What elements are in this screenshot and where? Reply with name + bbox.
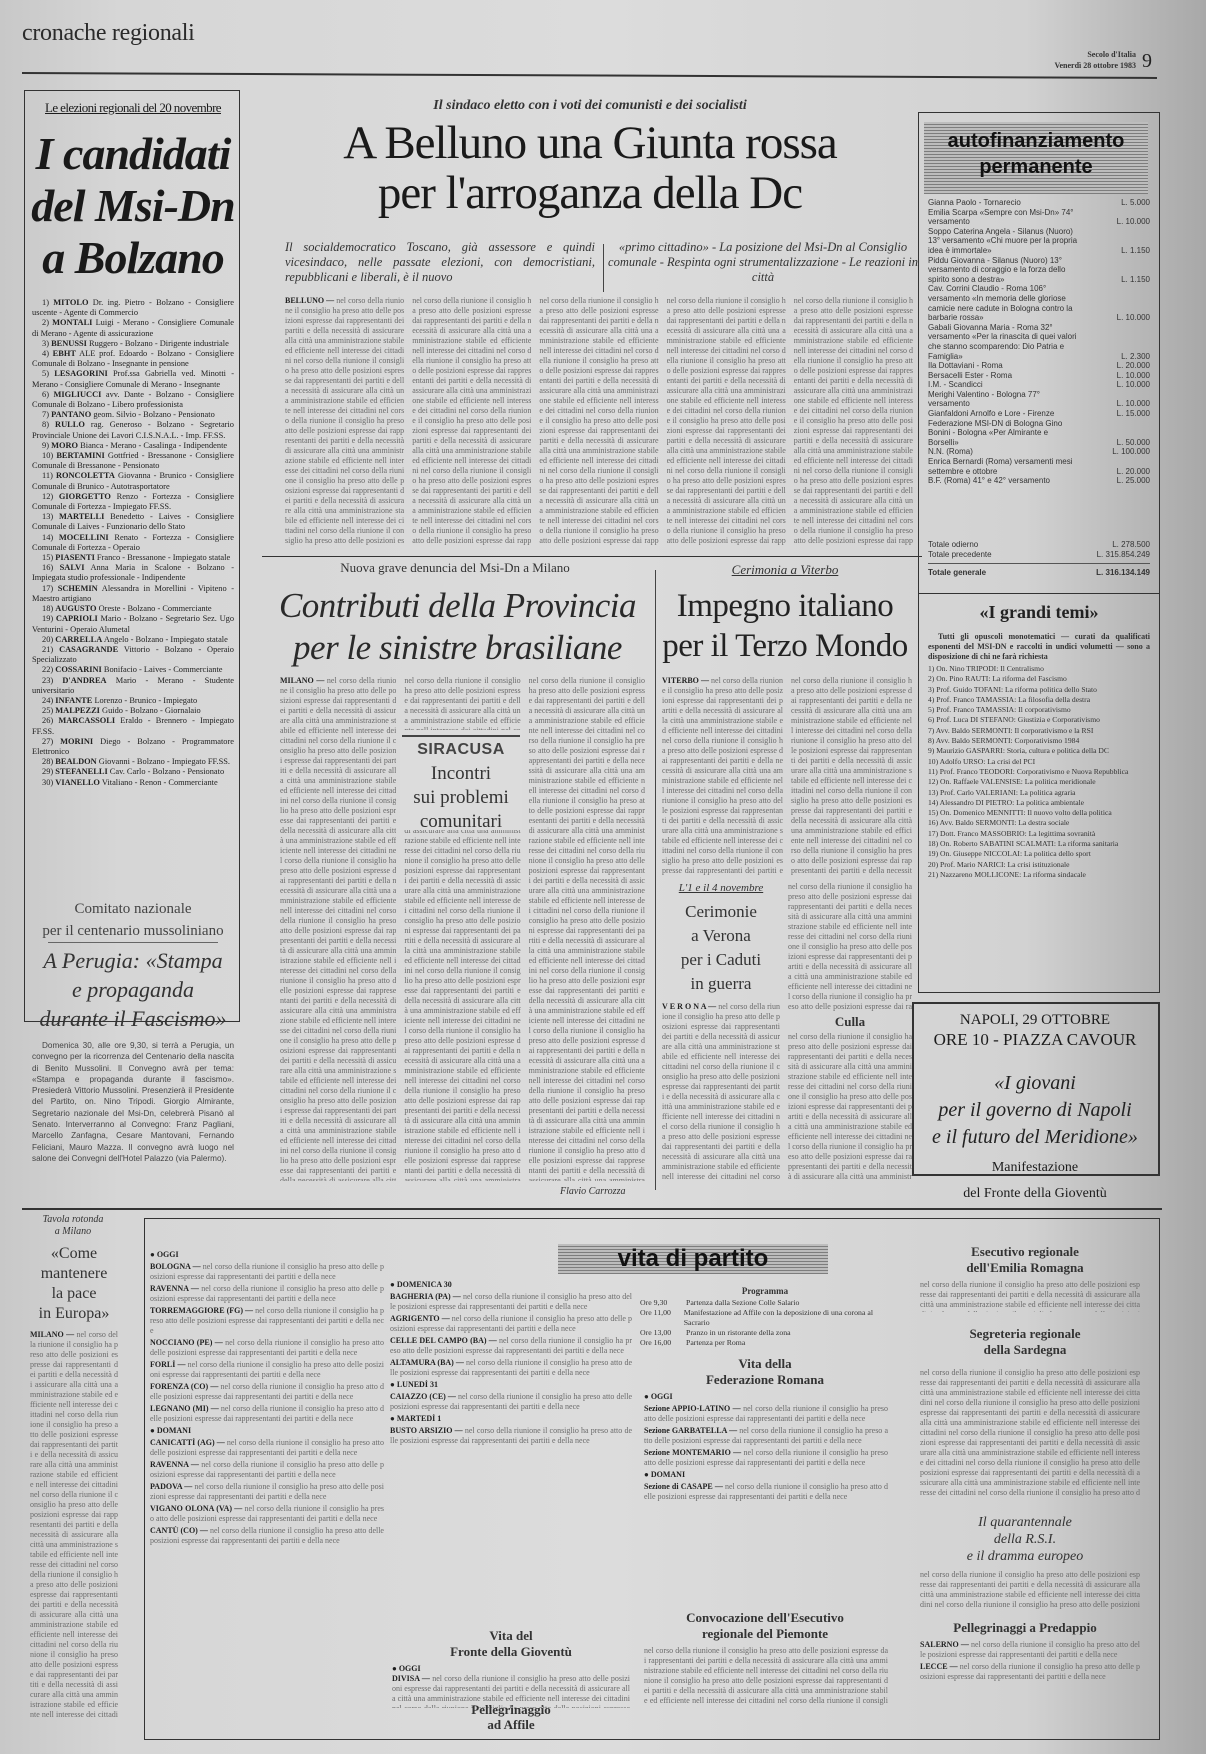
dateline: V E R O N A — xyxy=(662,1002,716,1011)
fronte-title-line: Fronte della Gioventù xyxy=(390,1644,632,1660)
culla-body: nel corso della riunione il consiglio ha… xyxy=(788,1032,912,1182)
fund-entry: Piddu Giovanna - Silanus (Nuoro) 13° ver… xyxy=(928,256,1150,285)
notice-head: VIGANO OLONA (VA) — xyxy=(150,1504,242,1513)
candidate-surname: MORINI xyxy=(60,737,93,746)
viterbo-headline: Impegno italiano per il Terzo Mondo xyxy=(660,586,910,666)
programma-row: Ore 11,00Manifestazione ad Affile con la… xyxy=(640,1308,890,1328)
vita-column-1: ● OGGIBOLOGNA — nel corso della riunione… xyxy=(150,1250,384,1720)
brasile-kicker: Nuova grave denuncia del Msi-Dn a Milano xyxy=(270,560,640,576)
verona-headline-line: a Verona xyxy=(662,924,780,948)
notice-item: ● OGGI xyxy=(150,1250,384,1260)
fronte-title-line: Vita del xyxy=(390,1628,632,1644)
fund-entry-name: Gianna Paolo - Tornarecio xyxy=(928,198,1078,208)
candidate-surname: EBHT xyxy=(53,349,76,358)
notice-item: ● LUNEDÌ 31 xyxy=(390,1380,632,1390)
candidate-item: 8) RULLO rag. Generoso - Bolzano - Segre… xyxy=(32,420,234,440)
verona-headline: Cerimonie a Verona per i Caduti in guerr… xyxy=(662,900,780,996)
text-column: nel corso della riunione il consiglio ha… xyxy=(788,882,912,1012)
fund-entry-name: Cav. Corrini Claudio - Roma 106° versame… xyxy=(928,284,1078,322)
candidate-surname: RULLO xyxy=(55,420,85,429)
napoli-subtitle: Manifestazione xyxy=(914,1160,1156,1176)
candidate-item: 16) SALVI Anna Maria in Scalone - Bolzan… xyxy=(32,563,234,583)
piemonte-title-line: regionale del Piemonte xyxy=(640,1626,890,1642)
notice-item: LEGNANO (MI) — nel corso della riunione … xyxy=(150,1404,384,1424)
candidate-surname: MARTELLI xyxy=(59,512,104,521)
candidate-item: 21) CASAGRANDE Vittorio - Bolzano - Oper… xyxy=(32,645,234,665)
napoli-headline-line: «I giovani xyxy=(914,1070,1156,1097)
candidate-item: 12) GIORGETTO Renzo - Fortezza - Consigl… xyxy=(32,492,234,512)
candidate-surname: LESAGORINI xyxy=(54,369,108,378)
notice-item: SALERNO — nel corso della riunione il co… xyxy=(920,1640,1140,1660)
notice-item: BUSTO ARSIZIO — nel corso della riunione… xyxy=(390,1426,632,1446)
fund-entry: Ila Dottaviani - RomaL. 20.000 xyxy=(928,361,1150,371)
napoli-date: NAPOLI, 29 OTTOBRE xyxy=(914,1012,1156,1029)
candidate-surname: PIASENTI xyxy=(55,553,95,562)
perugia-body: Domenica 30, alle ore 9,30, si terrà a P… xyxy=(32,1040,234,1164)
candidate-item: 14) MOCELLINI Renato - Fortezza - Consig… xyxy=(32,533,234,553)
notice-head: CAIAZZO (CE) — xyxy=(390,1392,456,1401)
programma-time: Ore 9,30 xyxy=(640,1298,686,1308)
temi-item: 15) On. Domenico MENNITTI: Il nuovo volt… xyxy=(928,808,1150,818)
programma-time: Ore 13,00 xyxy=(640,1328,686,1338)
fund-entry-amount: L. 2.300 xyxy=(1080,352,1150,362)
fund-banner-line: permanente xyxy=(924,154,1148,180)
fund-entry-amount: L. 50.000 xyxy=(1080,438,1150,448)
notice-head: PADOVA — xyxy=(150,1482,192,1491)
fund-entry-name: I.M. - Scandicci xyxy=(928,380,1078,390)
text-column: nel corso della riunione il consiglio ha… xyxy=(539,296,658,546)
viterbo-kicker: Cerimonia a Viterbo xyxy=(660,562,910,578)
napoli-organizer: del Fronte della Gioventù xyxy=(914,1186,1156,1202)
verona-headline-line: in guerra xyxy=(662,972,780,996)
fund-entry-name: N.N. (Roma) xyxy=(928,447,1078,457)
fund-entry: Soppo Caterina Angela - Silanus (Nuoro) … xyxy=(928,227,1150,256)
candidate-item: 5) LESAGORINI Prof.ssa Gabriella ved. Mi… xyxy=(32,369,234,389)
emilia-title: Esecutivo regionale dell'Emilia Romagna xyxy=(900,1244,1150,1276)
candidate-item: 29) STEFANELLI Cav. Carlo - Bolzano - Pe… xyxy=(32,767,234,777)
candidate-item: 1) MITOLO Dr. ing. Pietro - Bolzano - Co… xyxy=(32,298,234,318)
notice-item: PADOVA — nel corso della riunione il con… xyxy=(150,1482,384,1502)
fund-entry: Gabali Giovanna Maria - Roma 32° versame… xyxy=(928,323,1150,361)
candidate-item: 28) BEALDON Giovanni - Bolzano - Impiega… xyxy=(32,757,234,767)
fund-entry-name: Bersacelli Ester - Roma xyxy=(928,371,1078,381)
candidate-item: 3) BENUSSI Ruggero - Bolzano - Dirigente… xyxy=(32,339,234,349)
fund-total-general: Totale generaleL. 316.134.149 xyxy=(928,568,1150,578)
candidate-item: 27) MORINI Diego - Bolzano - Programmato… xyxy=(32,737,234,757)
temi-item: 2) On. Pino RAUTI: La riforma del Fascis… xyxy=(928,674,1150,684)
notice-item: ● MARTEDÌ 1 xyxy=(390,1414,632,1424)
notice-item: BAGHERIA (PA) — nel corso della riunione… xyxy=(390,1292,632,1312)
candidate-item: 19) CAPRIOLI Mario - Bolzano - Segretari… xyxy=(32,614,234,634)
notice-head: AGRIGENTO — xyxy=(390,1314,450,1323)
candidate-surname: BEALDON xyxy=(55,757,96,766)
programma-text: Pranzo in un ristorante della zona xyxy=(686,1328,791,1338)
notice-item: ALTAMURA (BA) — nel corso della riunione… xyxy=(390,1358,632,1378)
verona-headline-line: per i Caduti xyxy=(662,948,780,972)
fund-entry-amount: L. 10.000 xyxy=(1080,217,1150,227)
temi-item: 12) On. Raffaele VALENSISE: La politica … xyxy=(928,777,1150,787)
notice-head: NOCCIANO (PE) — xyxy=(150,1338,223,1347)
fund-total-previous: Totale precedenteL. 315.854.249 xyxy=(928,550,1150,560)
notice-item: Sezione di CASAPE — nel corso della riun… xyxy=(644,1482,888,1502)
tavola-headline-line: in Europa» xyxy=(26,1304,122,1324)
tavola-headline: «Come mantenere la pace in Europa» xyxy=(26,1244,122,1324)
candidate-surname: D'ANDREA xyxy=(62,676,106,685)
notice-head: ● OGGI xyxy=(150,1250,179,1259)
temi-intro: Tutti gli opuscoli monotematici — curati… xyxy=(928,632,1150,662)
sardegna-title-line: della Sardegna xyxy=(900,1342,1150,1358)
bolzano-headline: I candidati del Msi-Dn a Bolzano xyxy=(28,128,238,284)
tavola-headline-line: la pace xyxy=(26,1284,122,1304)
candidate-surname: VIANELLO xyxy=(55,778,100,787)
fronte-title: Vita del Fronte della Gioventù xyxy=(390,1628,632,1660)
belluno-headline-line: per l'arroganza della Dc xyxy=(260,168,920,218)
candidate-item: 25) MALPEZZI Guido - Bolzano - Giornalai… xyxy=(32,706,234,716)
predappio-title: Pellegrinaggi a Predappio xyxy=(900,1620,1150,1636)
belluno-bottom-rule xyxy=(262,556,922,557)
comitato-divider xyxy=(48,942,218,943)
text-column: nel corso della riunione il consiglio ha… xyxy=(920,1570,1140,1610)
notice-head: Sezione di CASAPE — xyxy=(644,1482,723,1491)
notice-head: FORENZA (CO) — xyxy=(150,1382,218,1391)
brasile-headline: Contributi della Provincia per le sinist… xyxy=(265,585,650,669)
vita-banner: vita di partito xyxy=(558,1244,828,1274)
candidate-surname: CASAGRANDE xyxy=(59,645,118,654)
notice-item: Sezione APPIO-LATINO — nel corso della r… xyxy=(644,1404,888,1424)
piemonte-title: Convocazione dell'Esecutivo regionale de… xyxy=(640,1610,890,1642)
fund-entry: B.F. (Roma) 41° e 42° versamentoL. 25.00… xyxy=(928,476,1150,486)
temi-item: 20) Prof. Mario NARICI: La crisi istituz… xyxy=(928,860,1150,870)
siracusa-headline: Incontri sui problemi comunitari xyxy=(402,762,520,834)
temi-item: 19) On. Giuseppe NICCOLAI: La politica d… xyxy=(928,849,1150,859)
candidate-surname: BERTAMINI xyxy=(56,451,104,460)
notice-item: RAVENNA — nel corso della riunione il co… xyxy=(150,1460,384,1480)
notice-head: TORREMAGGIORE (FG) — xyxy=(150,1306,253,1315)
notice-head: ● DOMENICA 30 xyxy=(390,1280,452,1289)
candidate-item: 20) CARRELLA Angelo - Bolzano - Impiegat… xyxy=(32,635,234,645)
notice-item: BOLOGNA — nel corso della riunione il co… xyxy=(150,1262,384,1282)
notice-head: Sezione MONTEMARIO — xyxy=(644,1448,741,1457)
notice-item: ● OGGI xyxy=(644,1392,888,1402)
fund-entry-name: Gabali Giovanna Maria - Roma 32° versame… xyxy=(928,323,1078,361)
fund-entry-name: Soppo Caterina Angela - Silanus (Nuoro) … xyxy=(928,227,1078,256)
programma-time: Ore 11,00 xyxy=(640,1308,684,1328)
belluno-deck-right: «primo cittadino» - La posizione del Msi… xyxy=(608,240,918,285)
candidate-item: 7) PANTANO geom. Silvio - Bolzano - Pens… xyxy=(32,410,234,420)
belluno-headline-line: A Belluno una Giunta rossa xyxy=(260,118,920,168)
fund-entries: Gianna Paolo - TornarecioL. 5.000Emilia … xyxy=(928,198,1150,486)
napoli-headline: «I giovani per il governo di Napoli e il… xyxy=(914,1070,1156,1151)
fund-entry-name: Ila Dottaviani - Roma xyxy=(928,361,1078,371)
tavola-headline-line: mantenere xyxy=(26,1264,122,1284)
deck-divider xyxy=(603,244,604,292)
candidate-surname: AUGUSTO xyxy=(55,604,96,613)
notice-head: BAGHERIA (PA) — xyxy=(390,1292,461,1301)
sardegna-title-line: Segreteria regionale xyxy=(900,1326,1150,1342)
text-column: nel corso della riunione il consiglio ha… xyxy=(412,296,531,546)
notice-text: nel corso della riunione il consiglio ha… xyxy=(150,1360,384,1379)
tavola-headline-line: «Come xyxy=(26,1244,122,1264)
rsi-title: Il quarantennale della R.S.I. e il dramm… xyxy=(900,1514,1150,1565)
affile-title: Pellegrinaggio ad Affile xyxy=(390,1702,632,1732)
fund-total-today-label: Totale odierno xyxy=(928,540,1078,550)
bolzano-headline-line: del Msi-Dn xyxy=(28,180,238,232)
temi-item: 21) Nazzareno MOLLICONE: La riforma sind… xyxy=(928,870,1150,880)
temi-item: 3) Prof. Guido TOFANI: La riforma politi… xyxy=(928,685,1150,695)
fund-total-today: Totale odiernoL. 278.500 xyxy=(928,540,1150,550)
candidate-item: 18) AUGUSTO Oreste - Bolzano - Commercia… xyxy=(32,604,234,614)
notice-head: ● MARTEDÌ 1 xyxy=(390,1414,441,1423)
verona-kicker: L'1 e il 4 novembre xyxy=(662,882,780,894)
notice-head: CELLE DEL CAMPO (BA) — xyxy=(390,1336,497,1345)
temi-item: 9) Maurizio GASPARRI: Storia, cultura e … xyxy=(928,746,1150,756)
temi-item: 1) On. Nino TRIPODI: Il Centralismo xyxy=(928,664,1150,674)
fund-entry: I.M. - ScandicciL. 10.000 xyxy=(928,380,1150,390)
emilia-title-line: Esecutivo regionale xyxy=(900,1244,1150,1260)
notice-head: RAVENNA — xyxy=(150,1284,199,1293)
notice-head: ● OGGI xyxy=(644,1392,673,1401)
belluno-article-body: BELLUNO — nel corso della riunione il co… xyxy=(285,296,913,546)
tavola-kicker-line: Tavola rotonda xyxy=(28,1214,118,1226)
candidate-item: 23) D'ANDREA Mario - Merano - Studente u… xyxy=(32,676,234,696)
notice-item: AGRIGENTO — nel corso della riunione il … xyxy=(390,1314,632,1334)
fund-banner-line: autofinanziamento xyxy=(924,128,1148,154)
fund-entry-amount: L. 15.000 xyxy=(1080,409,1150,419)
fund-entry: Gianna Paolo - TornarecioL. 5.000 xyxy=(928,198,1150,208)
candidate-item: 2) MONTALI Luigi - Merano - Consigliere … xyxy=(32,318,234,338)
notice-head: CANTÙ (CO) — xyxy=(150,1526,208,1535)
candidate-surname: MORO xyxy=(51,441,78,450)
fund-total-general-value: L. 316.134.149 xyxy=(1080,568,1150,578)
text-column: VITERBO — nel corso della riunione il co… xyxy=(662,676,783,876)
tavola-kicker: Tavola rotonda a Milano xyxy=(28,1214,118,1238)
header-rule xyxy=(22,72,1157,78)
text-column: nel corso della riunione il consiglio ha… xyxy=(644,1646,888,1706)
temi-item: 11) Prof. Franco TEODORI: Corporativismo… xyxy=(928,767,1150,777)
fund-entry: Emilia Scarpa «Sempre con Msi-Dn» 74° ve… xyxy=(928,208,1150,227)
notice-head: LEGNANO (MI) — xyxy=(150,1404,219,1413)
candidate-surname: COSSARINI xyxy=(55,665,102,674)
candidate-surname: CAPRIOLI xyxy=(56,614,98,623)
fund-entry-name: Piddu Giovanna - Silanus (Nuoro) 13° ver… xyxy=(928,256,1078,285)
fund-total-divider xyxy=(928,563,1150,564)
roma-body: ● OGGISezione APPIO-LATINO — nel corso d… xyxy=(644,1392,888,1588)
candidate-item: 9) MORO Bianca - Merano - Casalinga - In… xyxy=(32,441,234,451)
notice-head: ● DOMANI xyxy=(150,1426,191,1435)
notice-head: LECCE — xyxy=(920,1662,958,1671)
temi-item: 17) Dott. Franco MASSOBRIO: La legittima… xyxy=(928,829,1150,839)
programma-row: Ore 13,00Pranzo in un ristorante della z… xyxy=(640,1328,890,1338)
siracusa-label: SIRACUSA xyxy=(402,741,520,759)
dateline: MILANO — xyxy=(280,676,324,685)
fund-entry-amount: L. 100.000 xyxy=(1080,447,1150,457)
fund-banner: autofinanziamento permanente xyxy=(924,122,1148,194)
candidate-item: 24) INFANTE Lorenzo - Brunico - Impiegat… xyxy=(32,696,234,706)
candidate-item: 11) RONCOLETTA Giovanna - Brunico - Cons… xyxy=(32,471,234,491)
dateline: BELLUNO — xyxy=(285,296,334,305)
comitato-header: Comitato nazionale per il centenario mus… xyxy=(28,898,238,942)
text-column: nel corso della riunione il consiglio ha… xyxy=(788,1032,912,1182)
notice-head: ● LUNEDÌ 31 xyxy=(390,1380,438,1389)
belluno-headline: A Belluno una Giunta rossa per l'arrogan… xyxy=(260,118,920,218)
fund-entry-amount: L. 5.000 xyxy=(1080,198,1150,208)
verona-article-body: V E R O N A — nel corso della riunione i… xyxy=(662,1002,780,1182)
roma-title-line: Vita della xyxy=(640,1356,890,1372)
candidate-item: 30) VIANELLO Vitaliano - Renon - Commerc… xyxy=(32,778,234,788)
fund-entry-name: Merighi Valentino - Bologna 77° versamen… xyxy=(928,390,1078,409)
notice-item: ● DOMENICA 30 xyxy=(390,1280,632,1290)
notice-head: BUSTO ARSIZIO — xyxy=(390,1426,463,1435)
candidate-surname: RONCOLETTA xyxy=(56,471,115,480)
belluno-deck-left: Il socialdemocratico Toscano, già assess… xyxy=(285,240,595,285)
fund-entry: Enrica Bernardi (Roma) versamenti mesi s… xyxy=(928,457,1150,476)
notice-head: ● DOMANI xyxy=(644,1470,685,1479)
fund-entry: N.N. (Roma)L. 100.000 xyxy=(928,447,1150,457)
tavola-article-body: MILANO — nel corso della riunione il con… xyxy=(30,1330,118,1720)
siracusa-headline-line: Incontri xyxy=(402,762,520,786)
fund-entry-amount: L. 10.000 xyxy=(1080,313,1150,323)
text-column: nel corso della riunione il consiglio ha… xyxy=(794,296,913,546)
programma-row: Ore 16,00Partenza per Roma xyxy=(640,1338,890,1348)
fund-entry-amount: L. 25.000 xyxy=(1080,476,1150,486)
fund-entry: Cav. Corrini Claudio - Roma 106° versame… xyxy=(928,284,1150,322)
temi-item: 5) Prof. Franco TAMASSIA: Il corporativi… xyxy=(928,705,1150,715)
column-divider xyxy=(655,570,656,1190)
viterbo-continuation: nel corso della riunione il consiglio ha… xyxy=(788,882,912,1012)
notice-item: CANTÙ (CO) — nel corso della riunione il… xyxy=(150,1526,384,1546)
notice-head: SALERNO — xyxy=(920,1640,969,1649)
notice-item: VIGANO OLONA (VA) — nel corso della riun… xyxy=(150,1504,384,1524)
comitato-header-line: per il centenario mussoliniano xyxy=(28,920,238,942)
sardegna-body: nel corso della riunione il consiglio ha… xyxy=(920,1368,1140,1496)
notice-head: Sezione GARBATELLA — xyxy=(644,1426,737,1435)
fund-entry-amount: L. 20.000 xyxy=(1080,361,1150,371)
notice-item: RAVENNA — nel corso della riunione il co… xyxy=(150,1284,384,1304)
brasile-signature: Flavio Carrozza xyxy=(560,1186,625,1197)
temi-title: «I grandi temi» xyxy=(922,602,1156,623)
fund-total-general-label: Totale generale xyxy=(928,568,1078,578)
text-column: BELLUNO — nel corso della riunione il co… xyxy=(285,296,404,546)
bolzano-kicker: Le elezioni regionali del 20 novembre xyxy=(28,100,238,116)
fronte-oggi: ● OGGI xyxy=(392,1664,421,1673)
temi-item: 6) Prof. Luca DI STEFANO: Giustizia e Co… xyxy=(928,715,1150,725)
notice-item: FORENZA (CO) — nel corso della riunione … xyxy=(150,1382,384,1402)
candidate-surname: MITOLO xyxy=(53,298,88,307)
candidate-surname: GIORGETTO xyxy=(59,492,111,501)
candidate-surname: MONTALI xyxy=(52,318,92,327)
notice-item: TORREMAGGIORE (FG) — nel corso della riu… xyxy=(150,1306,384,1336)
text-column: V E R O N A — nel corso della riunione i… xyxy=(662,1002,780,1182)
affile-title-line: Pellegrinaggio xyxy=(390,1702,632,1717)
temi-item: 7) Avv. Baldo SERMONTI: Il corporativism… xyxy=(928,726,1150,736)
dateline: VITERBO — xyxy=(662,676,709,685)
candidate-item: 15) PIASENTI Franco - Bressanone - Impie… xyxy=(32,553,234,563)
notice-item: CELLE DEL CAMPO (BA) — nel corso della r… xyxy=(390,1336,632,1356)
candidate-surname: BENUSSI xyxy=(51,339,87,348)
notice-head: CANICATTÌ (AG) — xyxy=(150,1438,225,1447)
bolzano-headline-line: I candidati xyxy=(28,128,238,180)
temi-item: 8) Avv. Baldo SERMONTI: Corporativismo 1… xyxy=(928,736,1150,746)
notice-item: Sezione MONTEMARIO — nel corso della riu… xyxy=(644,1448,888,1468)
notice-head: BOLOGNA — xyxy=(150,1262,201,1271)
temi-item: 18) On. Roberto SABATINI SCALMATI: La ri… xyxy=(928,839,1150,849)
verona-headline-line: Cerimonie xyxy=(662,900,780,924)
candidate-item: 10) BERTAMINI Gottfried - Bressanone - C… xyxy=(32,451,234,471)
masthead-paper-name: Secolo d'Italia xyxy=(1000,50,1136,59)
notice-item: CANICATTÌ (AG) — nel corso della riunion… xyxy=(150,1438,384,1458)
temi-item: 13) Prof. Carlo VALERIANI: La politica a… xyxy=(928,788,1150,798)
candidate-item: 26) MARCASSOLI Eraldo - Brennero - Impie… xyxy=(32,716,234,736)
notice-head: FORLÌ — xyxy=(150,1360,186,1369)
fund-entry-name: Gianfaldoni Arnolfo e Lore - Firenze xyxy=(928,409,1078,419)
perugia-headline-line: e propaganda xyxy=(28,975,238,1004)
piemonte-title-line: Convocazione dell'Esecutivo xyxy=(640,1610,890,1626)
candidate-item: 13) MARTELLI Benedetto - Laives - Consig… xyxy=(32,512,234,532)
candidate-surname: CARRELLA xyxy=(55,635,102,644)
candidate-item: 4) EBHT ALE prof. Edoardo - Bolzano - Co… xyxy=(32,349,234,369)
fund-total-previous-label: Totale precedente xyxy=(928,550,1078,560)
fund-entry-name: B.F. (Roma) 41° e 42° versamento xyxy=(928,476,1078,486)
roma-title: Vita della Federazione Romana xyxy=(640,1356,890,1388)
text-column: nel corso della riunione il consiglio ha… xyxy=(920,1368,1140,1496)
temi-item: 16) Avv. Baldo SERMONTI: La destra socia… xyxy=(928,818,1150,828)
text-column: nel corso della riunione il consiglio ha… xyxy=(791,676,912,876)
napoli-headline-line: per il governo di Napoli xyxy=(914,1097,1156,1124)
candidate-surname: MARCASSOLI xyxy=(58,716,115,725)
candidate-item: 6) MIGLIUCCI avv. Dante - Bolzano - Cons… xyxy=(32,390,234,410)
dateline: MILANO — xyxy=(30,1330,74,1339)
fund-total-previous-value: L. 315.854.249 xyxy=(1080,550,1150,560)
fund-entry-amount: L. 1.150 xyxy=(1080,246,1150,256)
rsi-title-line: della R.S.I. xyxy=(900,1531,1150,1548)
page-number: 9 xyxy=(1142,50,1152,73)
programma-list: Ore 9,30Partenza dalla Sezione Colle Sal… xyxy=(640,1298,890,1348)
siracusa-headline-line: sui problemi xyxy=(402,786,520,810)
emilia-body: nel corso della riunione il consiglio ha… xyxy=(920,1280,1140,1312)
section-title: cronache regionali xyxy=(22,20,195,47)
fund-entry: Merighi Valentino - Bologna 77° versamen… xyxy=(928,390,1150,409)
viterbo-article-body: VITERBO — nel corso della riunione il co… xyxy=(662,676,912,876)
notice-item: NOCCIANO (PE) — nel corso della riunione… xyxy=(150,1338,384,1358)
programma-text: Partenza per Roma xyxy=(686,1338,745,1348)
fund-entry-amount: L. 1.150 xyxy=(1080,275,1150,285)
rsi-title-line: Il quarantennale xyxy=(900,1514,1150,1531)
perugia-headline-line: A Perugia: «Stampa xyxy=(28,946,238,975)
candidate-surname: SCHEMIN xyxy=(58,584,98,593)
temi-list: 1) On. Nino TRIPODI: Il Centralismo2) On… xyxy=(928,664,1150,880)
tavola-kicker-line: a Milano xyxy=(28,1226,118,1238)
notice-head: RAVENNA — xyxy=(150,1460,199,1469)
siracusa-top-rule xyxy=(402,735,520,737)
temi-item: 4) Prof. Franco TAMASSIA: La filosofia d… xyxy=(928,695,1150,705)
notice-item: CAIAZZO (CE) — nel corso della riunione … xyxy=(390,1392,632,1412)
fund-entry-name: Emilia Scarpa «Sempre con Msi-Dn» 74° ve… xyxy=(928,208,1078,227)
text-column: nel corso della riunione il consiglio ha… xyxy=(667,296,786,546)
fund-entry-amount: L. 20.000 xyxy=(1080,467,1150,477)
siracusa-headline-line: comunitari xyxy=(402,810,520,834)
notice-item: Sezione GARBATELLA — nel corso della riu… xyxy=(644,1426,888,1446)
belluno-kicker: Il sindaco eletto con i voti dei comunis… xyxy=(270,98,910,114)
piemonte-body: nel corso della riunione il consiglio ha… xyxy=(644,1646,888,1706)
culla-title: Culla xyxy=(788,1014,912,1030)
fund-entry-amount: L. 10.000 xyxy=(1080,399,1150,409)
notice-item: ● DOMANI xyxy=(150,1426,384,1436)
sardegna-title: Segreteria regionale della Sardegna xyxy=(900,1326,1150,1358)
predappio-body: SALERNO — nel corso della riunione il co… xyxy=(920,1640,1140,1720)
fund-totals: Totale odiernoL. 278.500 Totale preceden… xyxy=(928,540,1150,578)
perugia-headline: A Perugia: «Stampa e propaganda durante … xyxy=(28,946,238,1033)
rsi-title-line: e il dramma europeo xyxy=(900,1548,1150,1565)
